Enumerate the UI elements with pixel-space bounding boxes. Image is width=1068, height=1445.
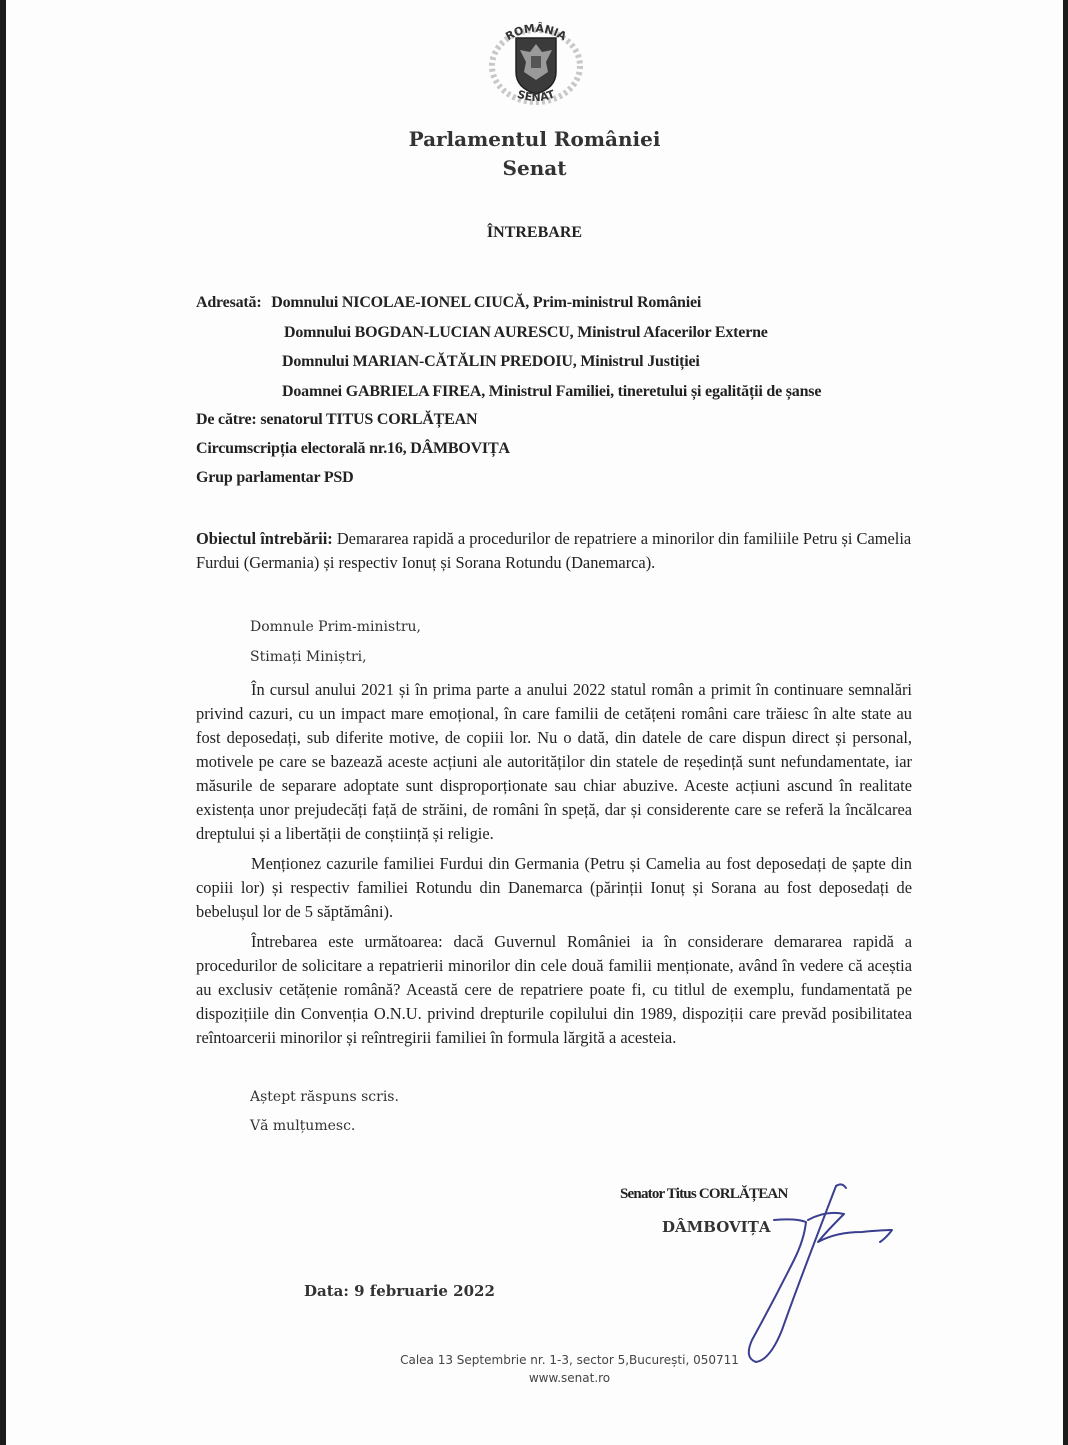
addressee-name: Doamnei GABRIELA FIREA: [282, 383, 481, 400]
addressee-line-4: Doamnei GABRIELA FIREA, Ministrul Famili…: [282, 383, 821, 401]
body-paragraph-3: Întrebarea este următoarea: dacă Guvernu…: [196, 930, 912, 1050]
document-page: ROMÂNIA SENAT Parlamentul României Senat…: [6, 0, 1063, 1445]
body-paragraph-1: În cursul anului 2021 și în prima parte …: [196, 678, 912, 846]
footer-address: Calea 13 Septembrie nr. 1-3, sector 5,Bu…: [6, 1353, 1068, 1367]
closing-request: Aștept răspuns scris.: [250, 1089, 399, 1105]
paragraph-text: În cursul anului 2021 și în prima parte …: [196, 678, 912, 846]
parliamentary-group: Grup parlamentar PSD: [196, 469, 354, 487]
handwritten-signature-icon: [686, 1180, 916, 1370]
constituency-line: Circumscripția electorală nr.16, DÂMBOVI…: [196, 440, 510, 458]
objective-label: Obiectul întrebării:: [196, 529, 333, 548]
chamber-title: Senat: [6, 156, 1063, 180]
addressee-line-2: Domnului BOGDAN-LUCIAN AURESCU, Ministru…: [284, 324, 768, 342]
addressee-role: , Ministrul Afacerilor Externe: [570, 324, 768, 341]
institution-title: Parlamentul României: [6, 127, 1063, 151]
salutation-prime-minister: Domnule Prim-ministru,: [250, 619, 421, 635]
body-paragraph-2: Menționez cazurile familiei Furdui din G…: [196, 852, 912, 924]
question-objective: Obiectul întrebării: Demararea rapidă a …: [196, 527, 912, 575]
addressee-role: , Prim-ministrul României: [525, 294, 701, 311]
addressee-line-1: Adresată: Domnului NICOLAE-IONEL CIUCĂ, …: [196, 294, 701, 312]
sender-line: De către: senatorul TITUS CORLĂȚEAN: [196, 411, 477, 429]
document-type: ÎNTREBARE: [6, 224, 1063, 242]
addressee-name: Domnului BOGDAN-LUCIAN AURESCU: [284, 324, 570, 341]
addressee-name: Domnului MARIAN-CĂTĂLIN PREDOIU: [282, 353, 573, 370]
document-date: Data: 9 februarie 2022: [304, 1282, 495, 1300]
addressee-role: , Ministrul Familiei, tineretului și ega…: [481, 383, 821, 400]
addressee-name: Domnului NICOLAE-IONEL CIUCĂ: [271, 294, 525, 311]
addressee-role: , Ministrul Justiției: [573, 353, 700, 370]
salutation-ministers: Stimați Miniștri,: [250, 649, 367, 665]
addressee-label: Adresată:: [196, 294, 261, 311]
footer-website[interactable]: www.senat.ro: [6, 1371, 1068, 1385]
closing-thanks: Vă mulțumesc.: [250, 1118, 355, 1134]
coat-of-arms-icon: ROMÂNIA SENAT: [476, 8, 596, 113]
addressee-line-3: Domnului MARIAN-CĂTĂLIN PREDOIU, Ministr…: [282, 353, 700, 371]
paragraph-text: Întrebarea este următoarea: dacă Guvernu…: [196, 930, 912, 1050]
paragraph-text: Menționez cazurile familiei Furdui din G…: [196, 852, 912, 924]
